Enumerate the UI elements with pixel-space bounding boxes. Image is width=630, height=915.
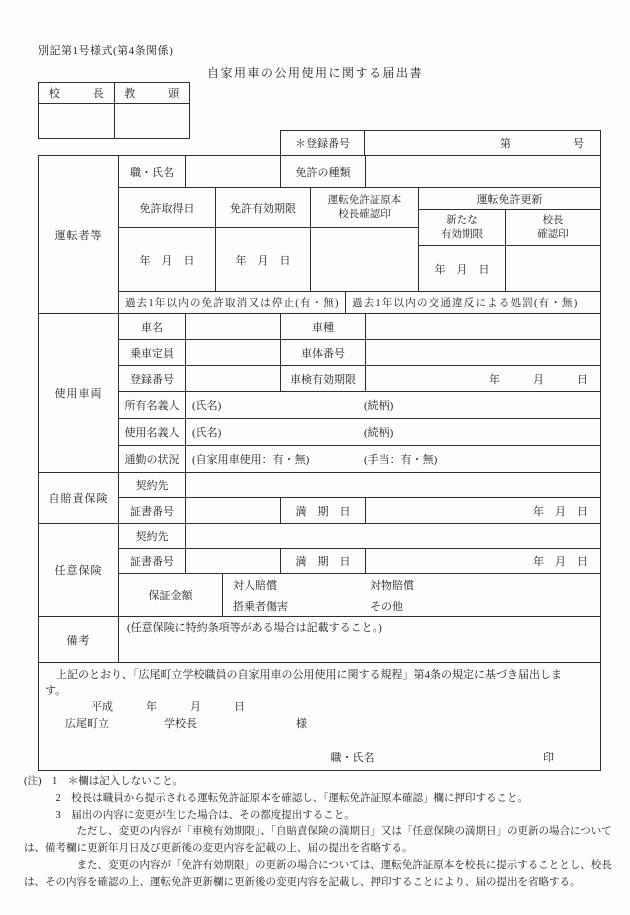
license-renewal-header: 運転免許更新 [419, 188, 600, 210]
new-expiry-line1: 新たな [446, 214, 478, 228]
vice-principal-stamp-header: 教 頭 [115, 83, 190, 104]
vice-principal-stamp-area [115, 104, 190, 138]
vice-principal-stamp-column: 教 頭 [115, 83, 190, 138]
vehicle-capacity-value [186, 340, 281, 365]
commute-status-label: 通勤の状況 [119, 446, 186, 472]
traffic-violation-cell: 過去1年以内の交通違反による処罰(有・無) [346, 292, 600, 313]
user-relation-paren: (続柄) [364, 424, 393, 440]
page-title: 自家用車の公用使用に関する届出書 [0, 64, 630, 81]
vehicle-reg-no-label: 登録番号 [119, 366, 186, 391]
license-expiry-label: 免許有効期限 [216, 188, 310, 228]
compulsory-insurance-label: 自賠責保険 [39, 473, 119, 523]
license-type-value [366, 156, 600, 187]
declaration-addressee: 広尾町立 学校長 様 [65, 717, 594, 733]
vehicle-body-no-value [366, 340, 600, 365]
signature-seal-label: 印 [543, 751, 554, 767]
license-original-check-line2: 校長確認印 [338, 208, 391, 222]
renewal-principal-seal-area [506, 246, 600, 291]
renewal-principal-seal-label: 校長 確認印 [506, 210, 600, 246]
driver-name-value [186, 156, 281, 187]
vehicle-name-label: 車名 [119, 314, 186, 339]
footer-notes: (注) 1 ＊欄は記入しないこと。 2 校長は職員から提示される運転免許証原本を… [24, 774, 618, 892]
declaration-body: 上記のとおり、「広尾町立学校職員の自家用車の公用使用に関する規程」第4条の規定に… [45, 668, 583, 699]
registration-prefix: 第 [500, 135, 511, 151]
commute-allowance-text: (手当：有・無) [364, 451, 437, 467]
compulsory-insurance-section: 自賠責保険 契約先 証書番号 満 期 日 年 月 日 [39, 473, 600, 524]
license-original-check-line1: 運転免許証原本 [328, 194, 402, 208]
vehicle-inspection-label: 車検有効期限 [281, 366, 366, 391]
registration-number-row: ＊登録番号 第 号 [280, 130, 601, 155]
note-line-5: また、変更の内容が「免許有効期限」の更新の場合については、運転免許証原本を校長に… [24, 858, 618, 892]
remarks-note: (任意保険に特約条項等がある場合は記載すること。) [119, 617, 600, 640]
declaration-signature-row: 職・氏名 印 [45, 751, 594, 767]
license-revocation-cell: 過去1年以内の免許取消又は停止(有・無) [119, 292, 346, 313]
registration-suffix: 号 [573, 135, 584, 151]
vehicle-section-label: 使用車両 [39, 314, 119, 472]
vehicle-body-no-label: 車体番号 [281, 340, 366, 365]
compulsory-maturity-label: 満 期 日 [281, 498, 366, 523]
driver-section: 運転者等 職・氏名 免許の種類 免許取得日 年 月 日 免許有効期限 年 月 日 [39, 156, 600, 314]
commute-status-value: (自家用車使用：有・無) (手当：有・無) [186, 446, 600, 472]
vehicle-section: 使用車両 車名 車種 乗車定員 車体番号 登録番号 車検有効期限 年 月 日 [39, 314, 600, 473]
voluntary-cert-no-label: 証書番号 [119, 549, 186, 573]
new-expiry-label: 新たな 有効期限 [419, 210, 505, 246]
declaration-block: 上記のとおり、「広尾町立学校職員の自家用車の公用使用に関する規程」第4条の規定に… [39, 663, 600, 770]
voluntary-contract-label: 契約先 [119, 524, 186, 548]
new-expiry-line2: 有効期限 [441, 228, 483, 242]
approval-stamp-box: 校 長 教 頭 [38, 82, 190, 139]
license-type-label: 免許の種類 [281, 156, 366, 187]
main-form-table: 運転者等 職・氏名 免許の種類 免許取得日 年 月 日 免許有効期限 年 月 日 [38, 155, 601, 771]
form-id: 別記第1号様式(第4条関係) [38, 42, 173, 58]
vehicle-owner-value: (氏名) (続柄) [186, 392, 600, 418]
license-acquired-label: 免許取得日 [119, 188, 215, 228]
vehicle-user-label: 使用名義人 [119, 419, 186, 445]
license-original-check-stamp-area [311, 228, 418, 291]
voluntary-insurance-section: 任意保険 契約先 証書番号 満 期 日 年 月 日 保証金額 対人賠償 対物賠償 [39, 524, 600, 617]
license-expiry-date: 年 月 日 [216, 228, 310, 291]
renewal-principal-seal-line2: 確認印 [537, 228, 569, 242]
coverage-row-1: 対人賠償 対物賠償 [223, 574, 600, 595]
new-expiry-date: 年 月 日 [419, 246, 505, 291]
voluntary-cert-no-value [186, 549, 281, 573]
driver-name-label: 職・氏名 [119, 156, 186, 187]
commute-use-text: (自家用車使用：有・無) [192, 451, 309, 467]
compulsory-cert-no-label: 証書番号 [119, 498, 186, 523]
compulsory-cert-no-value [186, 498, 281, 523]
coverage-amount-label: 保証金額 [119, 574, 223, 616]
renewal-principal-seal-line1: 校長 [543, 214, 564, 228]
signature-name-label: 職・氏名 [330, 751, 374, 767]
vehicle-user-value: (氏名) (続柄) [186, 419, 600, 445]
license-original-check-label: 運転免許証原本 校長確認印 [311, 188, 418, 228]
vehicle-inspection-date: 年 月 日 [366, 366, 600, 391]
coverage-row-2: 搭乗者傷害 その他 [223, 595, 600, 616]
coverage-personal-label: 対人賠償 [233, 577, 277, 593]
compulsory-contract-value [186, 473, 600, 497]
registration-number-value: 第 号 [365, 131, 600, 155]
remarks-section-label: 備考 [39, 617, 119, 662]
voluntary-maturity-label: 満 期 日 [281, 549, 366, 573]
vehicle-type-value [366, 314, 600, 339]
coverage-passenger-label: 搭乗者傷害 [233, 598, 288, 614]
note-line-3: 3 届出の内容に変更が生じた場合は、その都度提出すること。 [24, 808, 618, 825]
vehicle-type-label: 車種 [281, 314, 366, 339]
vehicle-reg-no-value [186, 366, 281, 391]
vehicle-owner-label: 所有名義人 [119, 392, 186, 418]
license-acquired-date: 年 月 日 [119, 228, 215, 291]
vehicle-name-value [186, 314, 281, 339]
owner-name-paren: (氏名) [192, 397, 221, 413]
driver-section-label: 運転者等 [39, 156, 119, 313]
note-line-2: 2 校長は職員から提示される運転免許証原本を確認し、「運転免許証原本確認」欄に押… [24, 791, 618, 808]
principal-stamp-column: 校 長 [39, 83, 115, 138]
voluntary-maturity-date: 年 月 日 [366, 549, 600, 573]
compulsory-contract-label: 契約先 [119, 473, 186, 497]
voluntary-insurance-label: 任意保険 [39, 524, 119, 616]
compulsory-maturity-date: 年 月 日 [366, 498, 600, 523]
note-line-4: ただし、変更の内容が「車検有効期限」、「自賠責保険の満期日」又は「任意保険の満期… [24, 824, 618, 858]
owner-relation-paren: (続柄) [364, 397, 393, 413]
principal-stamp-header: 校 長 [39, 83, 114, 104]
voluntary-contract-value [186, 524, 600, 548]
user-name-paren: (氏名) [192, 424, 221, 440]
coverage-other-label: その他 [370, 598, 403, 614]
coverage-property-label: 対物賠償 [370, 577, 414, 593]
declaration-date-line: 平成 年 月 日 [91, 700, 594, 716]
declaration-section: 上記のとおり、「広尾町立学校職員の自家用車の公用使用に関する規程」第4条の規定に… [39, 663, 600, 770]
remarks-section: 備考 (任意保険に特約条項等がある場合は記載すること。) [39, 617, 600, 663]
note-line-1: (注) 1 ＊欄は記入しないこと。 [24, 774, 618, 791]
vehicle-capacity-label: 乗車定員 [119, 340, 186, 365]
principal-stamp-area [39, 104, 114, 138]
registration-number-label: ＊登録番号 [281, 131, 365, 155]
